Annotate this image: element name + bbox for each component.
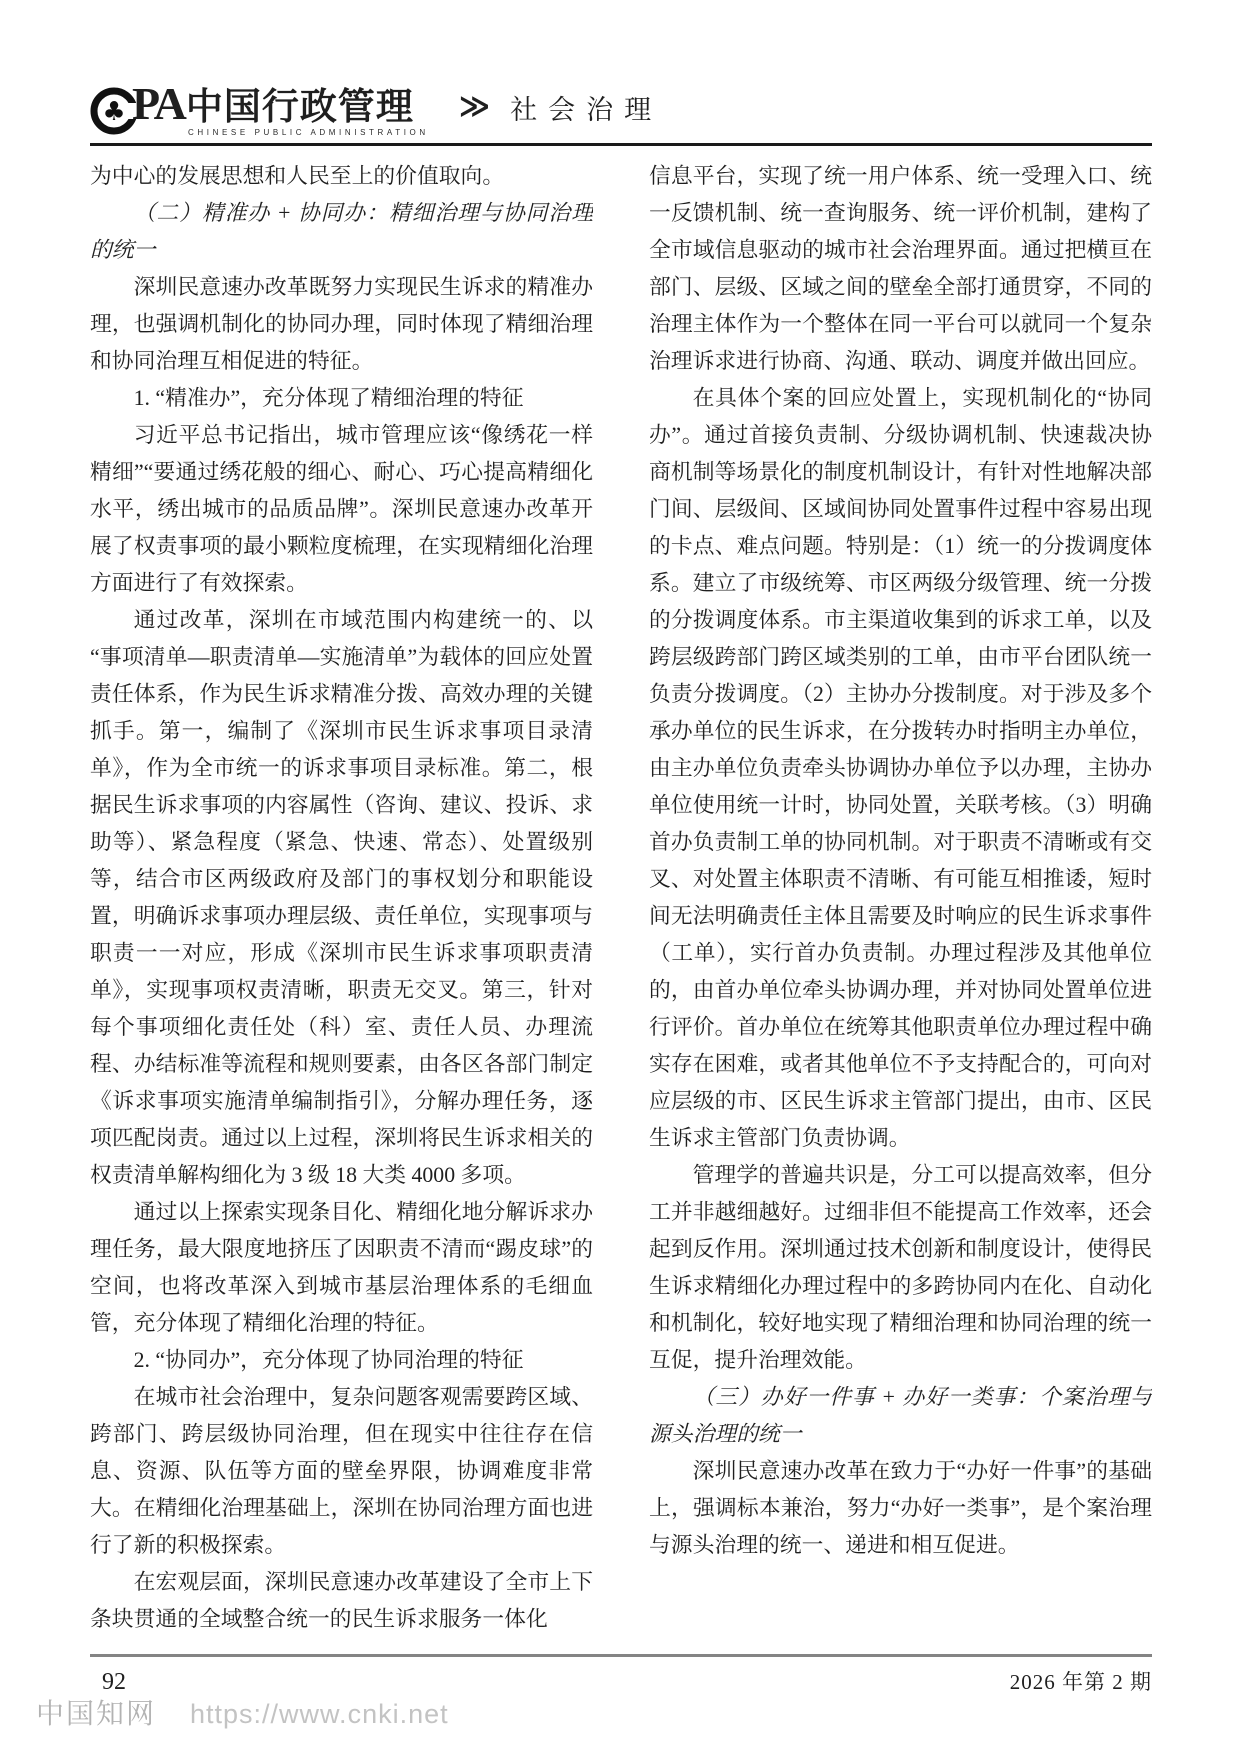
section-heading: （二）精准办 + 协同办：精细治理与协同治理的统一 — [90, 195, 593, 269]
article-body: 为中心的发展思想和人民至上的价值取向。（二）精准办 + 协同办：精细治理与协同治… — [90, 158, 1152, 1646]
cnki-site-name: 中国知网 — [36, 1692, 156, 1732]
cnki-watermark: 中国知网 https://www.cnki.net — [36, 1692, 449, 1732]
issue-info: 2026 年第 2 期 — [1010, 1666, 1152, 1696]
logo-pa: PA — [132, 81, 184, 127]
svg-text:♣: ♣ — [102, 97, 125, 127]
section-heading: （三）办好一件事 + 办好一类事：个案治理与源头治理的统一 — [649, 1379, 1152, 1453]
journal-title-block: PA 中国行政管理 CHINESE PUBLIC ADMINISTRATION — [132, 81, 429, 137]
cnki-url: https://www.cnki.net — [190, 1699, 449, 1730]
paragraph: 在城市社会治理中，复杂问题客观需要跨区域、跨部门、跨层级协同治理，但在现实中往往… — [90, 1379, 593, 1564]
page-header: ♣ PA 中国行政管理 CHINESE PUBLIC ADMINISTRATIO… — [90, 80, 1152, 138]
subsection-heading: 1. “精准办”，充分体现了精细治理的特征 — [90, 380, 593, 417]
journal-title-en: CHINESE PUBLIC ADMINISTRATION — [188, 129, 429, 137]
cpa-emblem-icon: ♣ — [90, 87, 138, 135]
paragraph: 为中心的发展思想和人民至上的价值取向。 — [90, 158, 593, 195]
paragraph: 信息平台，实现了统一用户体系、统一受理入口、统一反馈机制、统一查询服务、统一评价… — [649, 158, 1152, 380]
header-rule — [90, 143, 1152, 146]
right-column: 信息平台，实现了统一用户体系、统一受理入口、统一反馈机制、统一查询服务、统一评价… — [649, 158, 1152, 1646]
paragraph: 习近平总书记指出，城市管理应该“像绣花一样精细”“要通过绣花般的细心、耐心、巧心… — [90, 417, 593, 602]
left-column: 为中心的发展思想和人民至上的价值取向。（二）精准办 + 协同办：精细治理与协同治… — [90, 158, 593, 1646]
footer-rule — [90, 1654, 1152, 1657]
paragraph: 在宏观层面，深圳民意速办改革建设了全市上下条块贯通的全域整合统一的民生诉求服务一… — [90, 1564, 593, 1638]
section-title: 社会治理 — [510, 88, 662, 127]
subsection-heading: 2. “协同办”，充分体现了协同治理的特征 — [90, 1342, 593, 1379]
chevron-right-icon: ≫ — [459, 89, 490, 124]
paragraph: 在具体个案的回应处置上，实现机制化的“协同办”。通过首接负责制、分级协调机制、快… — [649, 380, 1152, 1157]
paragraph: 深圳民意速办改革既努力实现民生诉求的精准办理，也强调机制化的协同办理，同时体现了… — [90, 269, 593, 380]
journal-title-cn: 中国行政管理 — [186, 89, 414, 126]
paragraph: 管理学的普遍共识是，分工可以提高效率，但分工并非越细越好。过细非但不能提高工作效… — [649, 1157, 1152, 1379]
paragraph: 深圳民意速办改革在致力于“办好一件事”的基础上，强调标本兼治，努力“办好一类事”… — [649, 1453, 1152, 1564]
journal-logo: ♣ PA 中国行政管理 CHINESE PUBLIC ADMINISTRATIO… — [90, 81, 429, 137]
paragraph: 通过以上探索实现条目化、精细化地分解诉求办理任务，最大限度地挤压了因职责不清而“… — [90, 1194, 593, 1342]
paragraph: 通过改革，深圳在市域范围内构建统一的、以“事项清单—职责清单—实施清单”为载体的… — [90, 602, 593, 1194]
